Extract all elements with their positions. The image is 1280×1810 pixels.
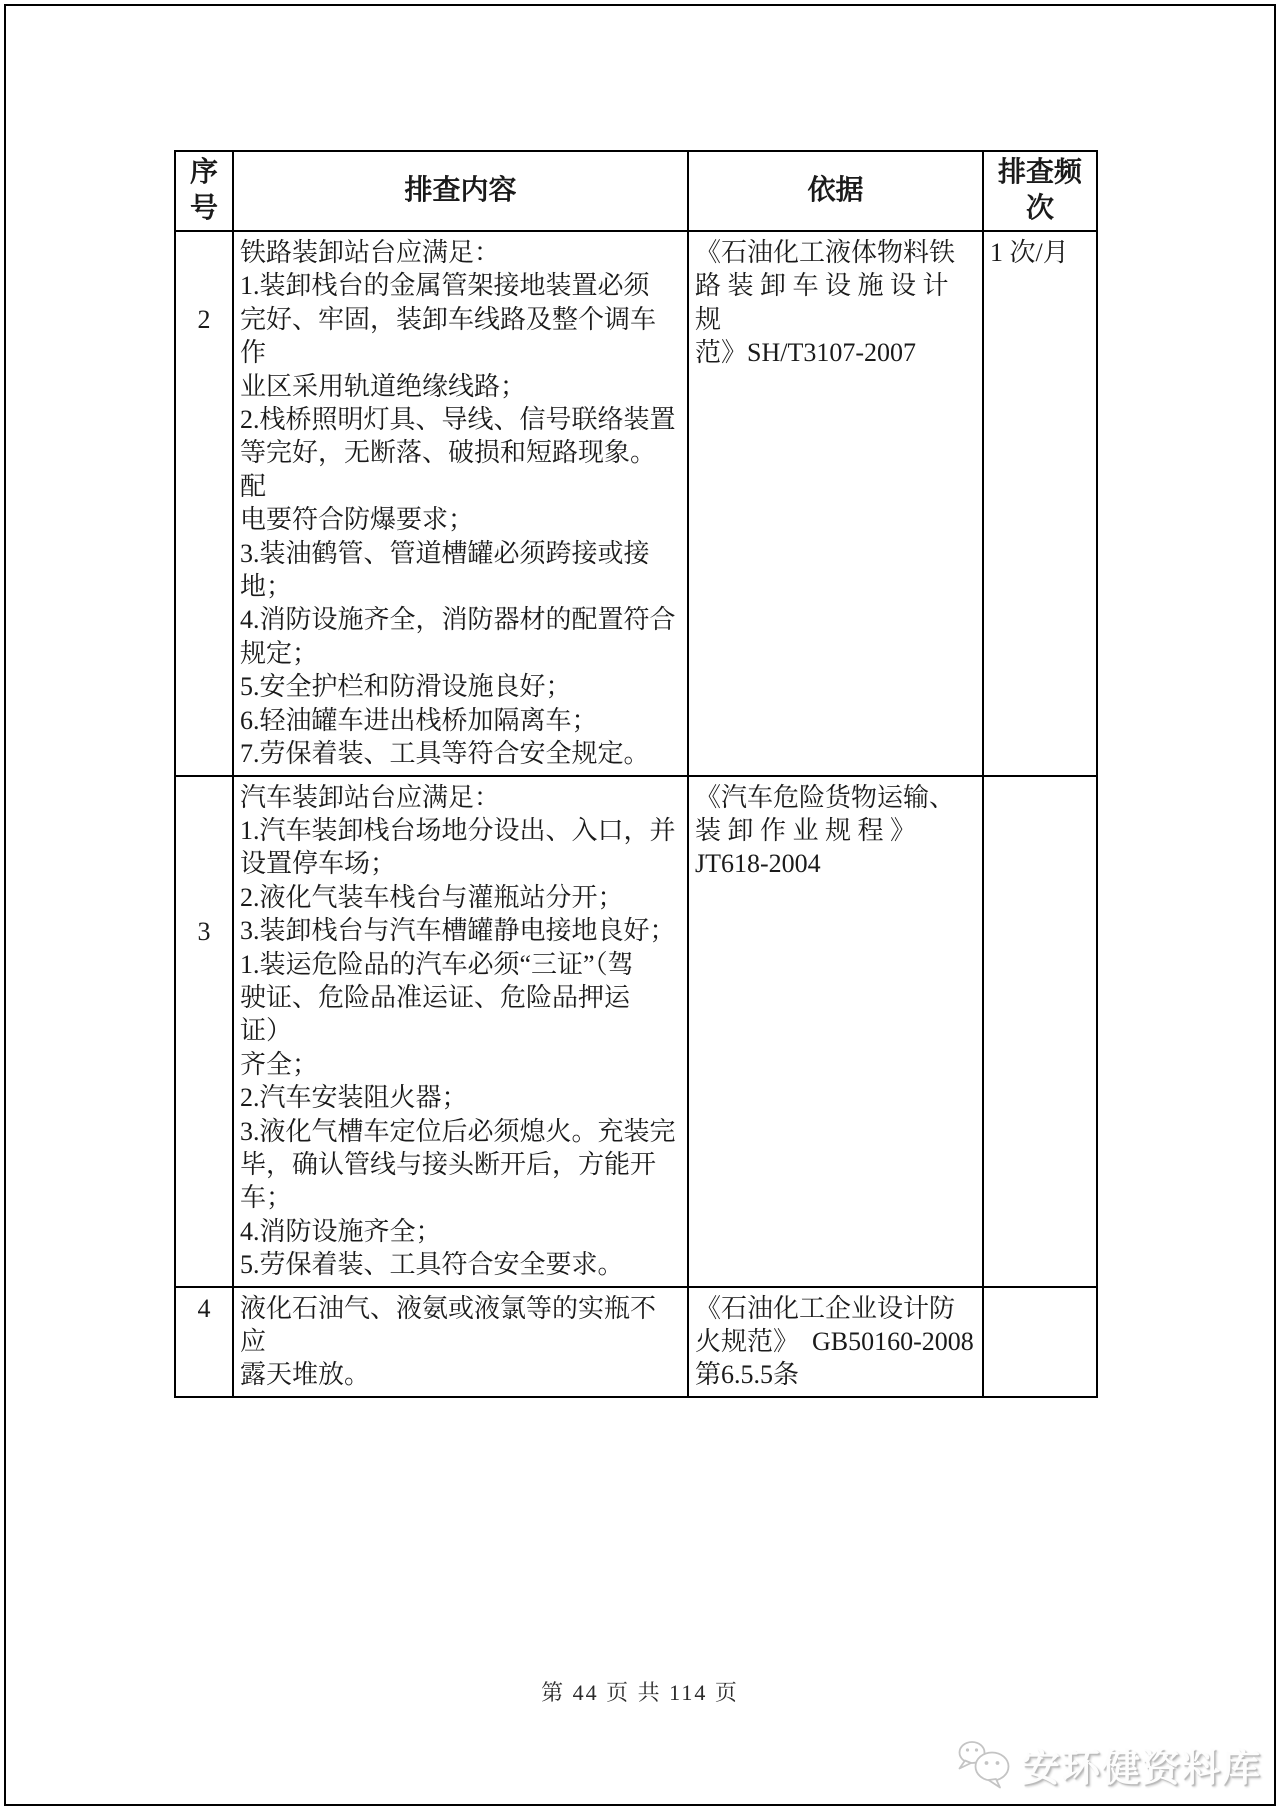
basis-cell: 《汽车危险货物运输、 装 卸 作 业 规 程 》 JT618-2004 xyxy=(688,776,983,1287)
inspection-content-cell: 铁路装卸站台应满足： 1.装卸栈台的金属管架接地装置必须 完好、牢固，装卸车线路… xyxy=(233,231,688,776)
header-serial-number: 序 号 xyxy=(175,151,233,231)
table-header-row: 序 号 排查内容 依据 排查频 次 xyxy=(175,151,1097,231)
document-page: 序 号 排查内容 依据 排查频 次 2 铁路装卸站台应满足： 1.装卸栈台的金属… xyxy=(0,0,1280,1810)
table-row: 4 液化石油气、液氨或液氯等的实瓶不应 露天堆放。 《石油化工企业设计防 火规范… xyxy=(175,1287,1097,1397)
row-number-cell: 4 xyxy=(175,1287,233,1397)
inspection-checklist-table: 序 号 排查内容 依据 排查频 次 2 铁路装卸站台应满足： 1.装卸栈台的金属… xyxy=(174,150,1098,1398)
table-row: 2 铁路装卸站台应满足： 1.装卸栈台的金属管架接地装置必须 完好、牢固，装卸车… xyxy=(175,231,1097,776)
frequency-cell xyxy=(983,1287,1097,1397)
watermark-text: 安环健资料库 xyxy=(1022,1737,1262,1792)
inspection-content-cell: 液化石油气、液氨或液氯等的实瓶不应 露天堆放。 xyxy=(233,1287,688,1397)
inspection-content-cell: 汽车装卸站台应满足： 1.汽车装卸栈台场地分设出、入口，并 设置停车场； 2.液… xyxy=(233,776,688,1287)
header-basis: 依据 xyxy=(688,151,983,231)
basis-cell: 《石油化工企业设计防 火规范》 GB50160-2008 第6.5.5条 xyxy=(688,1287,983,1397)
table-row: 3 汽车装卸站台应满足： 1.汽车装卸栈台场地分设出、入口，并 设置停车场； 2… xyxy=(175,776,1097,1287)
frequency-cell xyxy=(983,776,1097,1287)
frequency-cell: 1 次/月 xyxy=(983,231,1097,776)
basis-cell: 《石油化工液体物料铁 路 装 卸 车 设 施 设 计 规 范》SH/T3107-… xyxy=(688,231,983,776)
header-inspection-content: 排查内容 xyxy=(233,151,688,231)
page-number: 第 44 页 共 114 页 xyxy=(0,1676,1280,1707)
row-number-cell: 2 xyxy=(175,231,233,776)
watermark: 安环健资料库 xyxy=(954,1736,1262,1792)
wechat-bubbles-icon xyxy=(954,1736,1014,1792)
header-frequency: 排查频 次 xyxy=(983,151,1097,231)
row-number-cell: 3 xyxy=(175,776,233,1287)
